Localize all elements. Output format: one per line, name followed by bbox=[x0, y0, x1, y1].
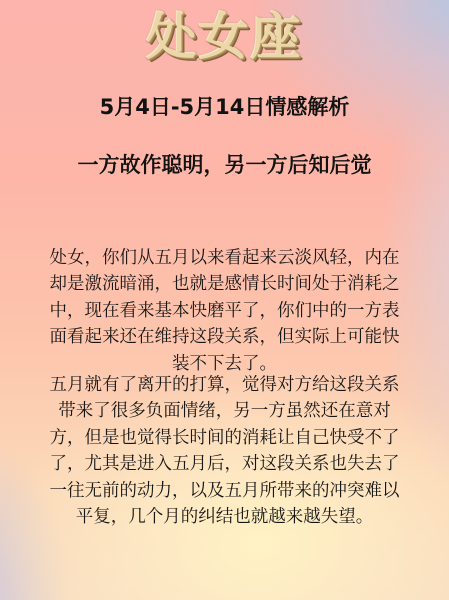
subtitle-heading: 一方故作聪明，另一方后知后觉 bbox=[0, 151, 449, 179]
paragraph-line: 五月就有了离开的打算，觉得对方给这段关系 bbox=[30, 372, 419, 398]
paragraph-line: 面看起来还在维持这段关系，但实际上可能快 bbox=[30, 324, 419, 350]
paragraph-line: 方，但是也觉得长时间的消耗让自己快受不了 bbox=[30, 425, 419, 451]
paragraph-line: 一往无前的动力，以及五月所带来的冲突难以 bbox=[30, 478, 419, 504]
paragraph-line: 了，尤其是进入五月后，对这段关系也失去了 bbox=[30, 451, 419, 477]
paragraph-1: 处女，你们从五月以来看起来云淡风轻，内在 却是激流暗涌，也就是感情长时间处于消耗… bbox=[30, 245, 419, 377]
date-range-heading: 5月4日-5月14日情感解析 bbox=[0, 93, 449, 121]
paragraph-line: 中，现在看来基本快磨平了，你们中的一方表 bbox=[30, 298, 419, 324]
paragraph-line: 处女，你们从五月以来看起来云淡风轻，内在 bbox=[30, 245, 419, 271]
paragraph-line: 带来了很多负面情绪，另一方虽然还在意对 bbox=[30, 398, 419, 424]
zodiac-title: 处女座 bbox=[0, 6, 449, 68]
paragraph-line: 平复，几个月的纠结也就越来越失望。 bbox=[30, 504, 419, 530]
paragraph-2: 五月就有了离开的打算，觉得对方给这段关系 带来了很多负面情绪，另一方虽然还在意对… bbox=[30, 372, 419, 530]
paragraph-line: 却是激流暗涌，也就是感情长时间处于消耗之 bbox=[30, 271, 419, 297]
